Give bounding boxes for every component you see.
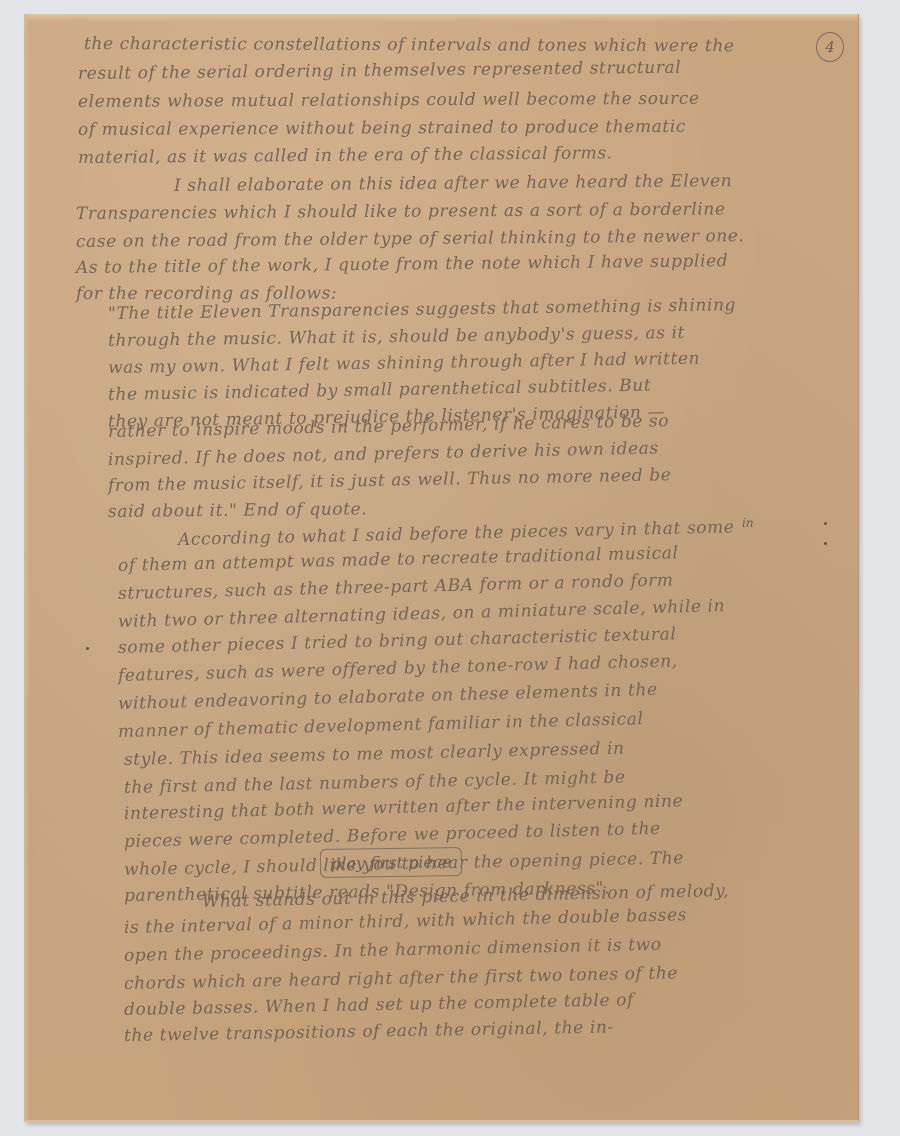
pencil-mark xyxy=(824,522,827,525)
text-line: was my own. What I felt was shining thro… xyxy=(108,349,700,378)
text-line: of musical experience without being stra… xyxy=(78,117,686,140)
text-line: case on the road from the older type of … xyxy=(76,226,745,252)
text-line: inspired. If he does not, and prefers to… xyxy=(108,438,659,470)
text-line: from the music itself, it is just as wel… xyxy=(108,465,672,496)
text-line: result of the serial ordering in themsel… xyxy=(78,58,681,84)
text-line: open the proceedings. In the harmonic di… xyxy=(124,935,662,966)
pencil-mark xyxy=(86,647,89,650)
text-line: I shall elaborate on this idea after we … xyxy=(174,171,732,196)
text-line: the music is indicated by small parenthe… xyxy=(108,376,652,405)
text-line: without endeavoring to elaborate on thes… xyxy=(118,680,658,714)
paper-left-edge xyxy=(24,14,30,1120)
text-line: style. This idea seems to me most clearl… xyxy=(124,739,625,770)
text-line: the characteristic constellations of int… xyxy=(84,34,735,56)
inserted-word: in xyxy=(742,516,754,530)
text-line: Transparencies which I should like to pr… xyxy=(76,199,726,224)
text-line: through the music. What it is, should be… xyxy=(108,323,685,351)
text-line: material, as it was called in the era of… xyxy=(78,143,613,168)
manuscript-page: 4 the characteristic constellations of i… xyxy=(24,14,859,1122)
boxed-instruction-note: play first piece xyxy=(320,847,463,878)
text-line: As to the title of the work, I quote fro… xyxy=(76,251,728,278)
text-line: the twelve transpositions of each the or… xyxy=(124,1017,614,1046)
text-line: manner of thematic development familiar … xyxy=(118,709,644,742)
paper-top-edge xyxy=(24,14,858,22)
text-line-quote-end: said about it." End of quote. xyxy=(108,499,367,522)
text-line: chords which are heard right after the f… xyxy=(124,963,678,994)
text-line: double basses. When I had set up the com… xyxy=(124,990,634,1020)
pencil-mark xyxy=(824,542,827,545)
text-line: elements whose mutual relationships coul… xyxy=(78,89,700,112)
page-number-circled: 4 xyxy=(816,32,844,62)
